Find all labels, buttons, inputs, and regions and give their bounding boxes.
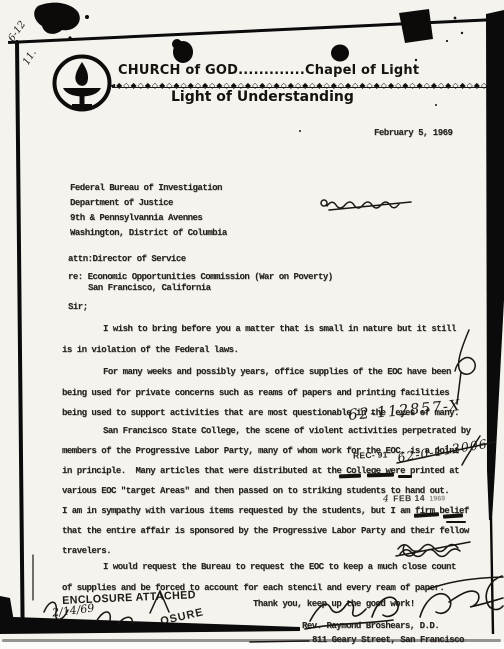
received-date-stamp: 4 FEB 14 1969: [383, 487, 445, 506]
enclosure-handwritten-date: 2/14/69: [51, 601, 95, 619]
ink-blot-top-right: [399, 9, 433, 43]
ink-blot-top-left: [34, 3, 80, 34]
ink-blot-header-left: [172, 39, 193, 63]
scan-edge-left: [15, 40, 25, 632]
scribbled-out-note: [321, 200, 411, 210]
closing-thanks: Thank you, keep up the good work!: [253, 594, 415, 615]
scan-edge-bottom-corner: [0, 596, 14, 626]
church-name-line: CHURCH of GOD.............Chapel of Ligh…: [118, 63, 419, 78]
paragraph-1: I wish to bring before you a matter that…: [62, 319, 456, 360]
redaction-bar: [339, 474, 361, 479]
scan-edge-bottom-wedge: [0, 617, 300, 634]
re-block: re: Economic Opportunities Commission (W…: [68, 272, 333, 294]
letter-date: February 5, 1969: [374, 123, 452, 144]
received-stamp-date: FEB 14: [393, 493, 425, 504]
header-rule: [112, 87, 504, 88]
redaction-underline: [446, 521, 466, 523]
signature-address: 811 Geary Street, San Francisco: [312, 630, 464, 649]
scan-edge-right: [486, 10, 504, 634]
scan-edge-top: [8, 17, 504, 44]
enclosure-partial-stamp: OSURE: [159, 606, 205, 628]
attn-line: attn:Director of Service: [68, 249, 186, 270]
recipient-address: Federal Bureau of InvestigationDepartmen…: [70, 181, 227, 241]
received-stamp-year: 1969: [429, 495, 445, 502]
corner-note-b: 11.: [21, 48, 39, 67]
church-tagline: Light of Understanding: [171, 89, 354, 105]
ink-blot-header-right: [331, 45, 349, 62]
flaming-chalice-logo-icon: [51, 53, 113, 115]
scanned-fbi-letter: CHURCH of GOD.............Chapel of Ligh…: [0, 0, 504, 649]
received-stamp-prefix: 4: [383, 494, 389, 504]
redaction-bar: [398, 475, 412, 478]
rec-stamp: REC- 91: [353, 449, 388, 460]
salutation: Sir;: [68, 297, 88, 318]
